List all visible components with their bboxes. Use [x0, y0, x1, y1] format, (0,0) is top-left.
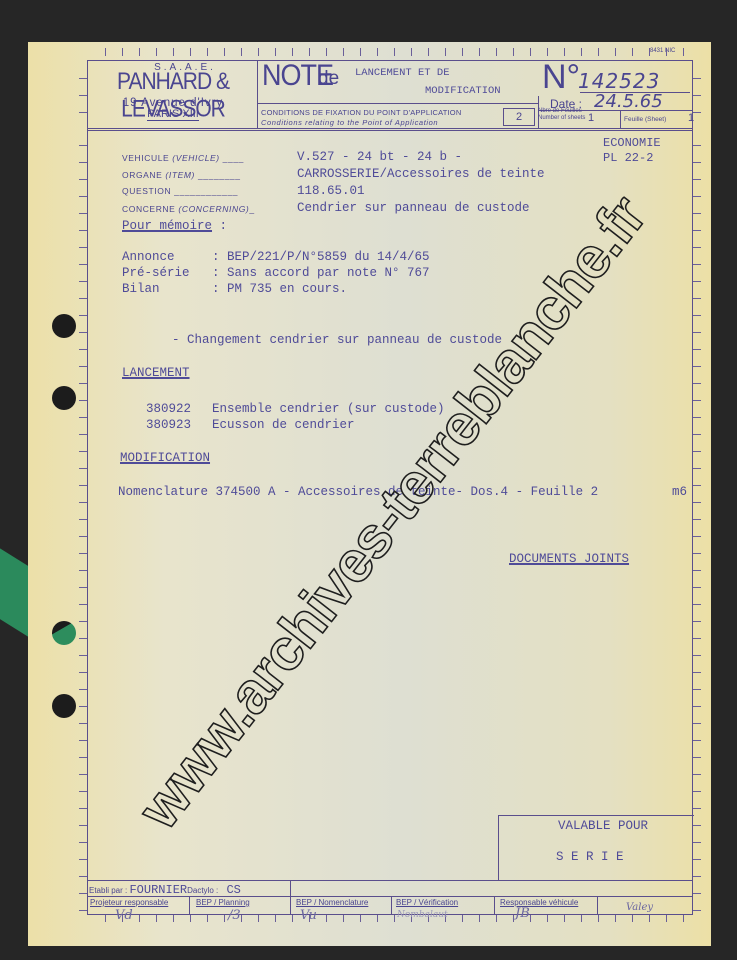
sign-label-projeteur: Projeteur responsable — [90, 898, 168, 907]
modification-suffix: m6 — [672, 485, 687, 499]
change-description: - Changement cendrier sur panneau de cus… — [172, 333, 502, 347]
note-number: 142523 — [578, 69, 660, 93]
sheet-label: Feuille (Sheet) — [624, 116, 666, 123]
lancement-ref: 380923 — [146, 418, 191, 432]
conditions-label-fr: CONDITIONS DE FIXATION DU POINT D'APPLIC… — [261, 108, 461, 117]
memo-value-bilan: : PM 735 en cours. — [212, 282, 347, 296]
company-city: PARIS XIII — [90, 108, 256, 120]
modification-line: Nomenclature 374500 A - Accessoires de t… — [118, 485, 598, 499]
form-code: 8431 NIC — [650, 48, 675, 54]
sheets-label: Nbre de FeuillesNumber of sheets — [538, 108, 585, 122]
footer-divider — [87, 880, 693, 881]
number-label: N° — [542, 58, 580, 97]
sign-label-verification: BEP / Vérification — [396, 898, 458, 907]
conditions-value: 2 — [503, 108, 535, 126]
signature-responsable: JB — [515, 906, 530, 921]
corner-note-line1: ECONOMIE — [603, 136, 661, 150]
signature-extra: Valey — [626, 902, 653, 913]
sheet-value: 1 — [688, 112, 694, 124]
date-value: 24.5.65 — [594, 91, 663, 112]
footer-divider — [189, 896, 190, 915]
footer-divider — [494, 896, 495, 915]
field-value-vehicle: V.527 - 24 bt - 24 b - — [297, 150, 462, 164]
field-value-question: 118.65.01 — [297, 184, 365, 198]
lancement-desc: Ensemble cendrier (sur custode) — [212, 402, 445, 416]
field-value-item: CARROSSERIE/Accessoires de teinte — [297, 167, 545, 181]
valable-line1: VALABLE POUR — [558, 819, 648, 833]
valable-line2: S E R I E — [556, 850, 624, 864]
lancement-ref: 380922 — [146, 402, 191, 416]
note-type-line2: MODIFICATION — [425, 85, 501, 97]
sign-label-planning: BEP / Planning — [196, 898, 250, 907]
note-type-line1: LANCEMENT ET DE — [355, 67, 450, 79]
signature-verification: Nombalaut — [397, 910, 448, 920]
field-label-concerning: CONCERNE (CONCERNING)_ — [122, 204, 255, 214]
signature-projeteur: Vd — [115, 908, 133, 923]
punch-hole — [52, 314, 76, 338]
header-bottom-border — [87, 128, 693, 129]
punch-hole — [52, 621, 76, 645]
footer-divider — [290, 880, 291, 896]
header-divider — [257, 103, 539, 104]
documents-joints-heading: DOCUMENTS JOINTS — [509, 552, 629, 566]
header-divider — [620, 110, 621, 128]
lancement-heading: LANCEMENT — [122, 366, 190, 380]
field-value-concerning: Cendrier sur panneau de custode — [297, 201, 530, 215]
lancement-desc: Ecusson de cendrier — [212, 418, 355, 432]
sign-label-responsable: Responsable véhicule — [500, 898, 578, 907]
memo-heading: Pour mémoire : — [122, 219, 227, 233]
field-label-question: QUESTION ____________ — [122, 186, 238, 196]
memo-label-annonce: Annonce — [122, 250, 175, 264]
conditions-label-en: Conditions relating to the Point of Appl… — [261, 118, 438, 127]
memo-value-preserie: : Sans accord par note N° 767 — [212, 266, 430, 280]
note-title-de: de — [318, 68, 339, 90]
footer-divider — [597, 896, 598, 915]
corner-note-line2: PL 22-2 — [603, 151, 653, 165]
etabli-par: Etabli par : FOURNIERDactylo : CS — [89, 883, 241, 897]
signature-nomenclature: Vu — [300, 908, 317, 923]
punch-hole — [52, 694, 76, 718]
field-label-item: ORGANE (ITEM) ________ — [122, 170, 241, 180]
signature-planning: /3 — [228, 908, 241, 923]
memo-label-bilan: Bilan — [122, 282, 160, 296]
punch-hole — [52, 386, 76, 410]
sign-label-nomenclature: BEP / Nomenclature — [296, 898, 368, 907]
footer-divider — [391, 896, 392, 915]
sheets-value: 1 — [588, 112, 594, 124]
field-label-vehicle: VEHICULE (VEHICLE) ____ — [122, 153, 244, 163]
memo-label-preserie: Pré-série — [122, 266, 190, 280]
header-bottom-border — [87, 130, 693, 131]
footer-divider — [290, 896, 291, 915]
memo-value-annonce: : BEP/221/P/N°5859 du 14/4/65 — [212, 250, 430, 264]
modification-heading: MODIFICATION — [120, 451, 210, 465]
